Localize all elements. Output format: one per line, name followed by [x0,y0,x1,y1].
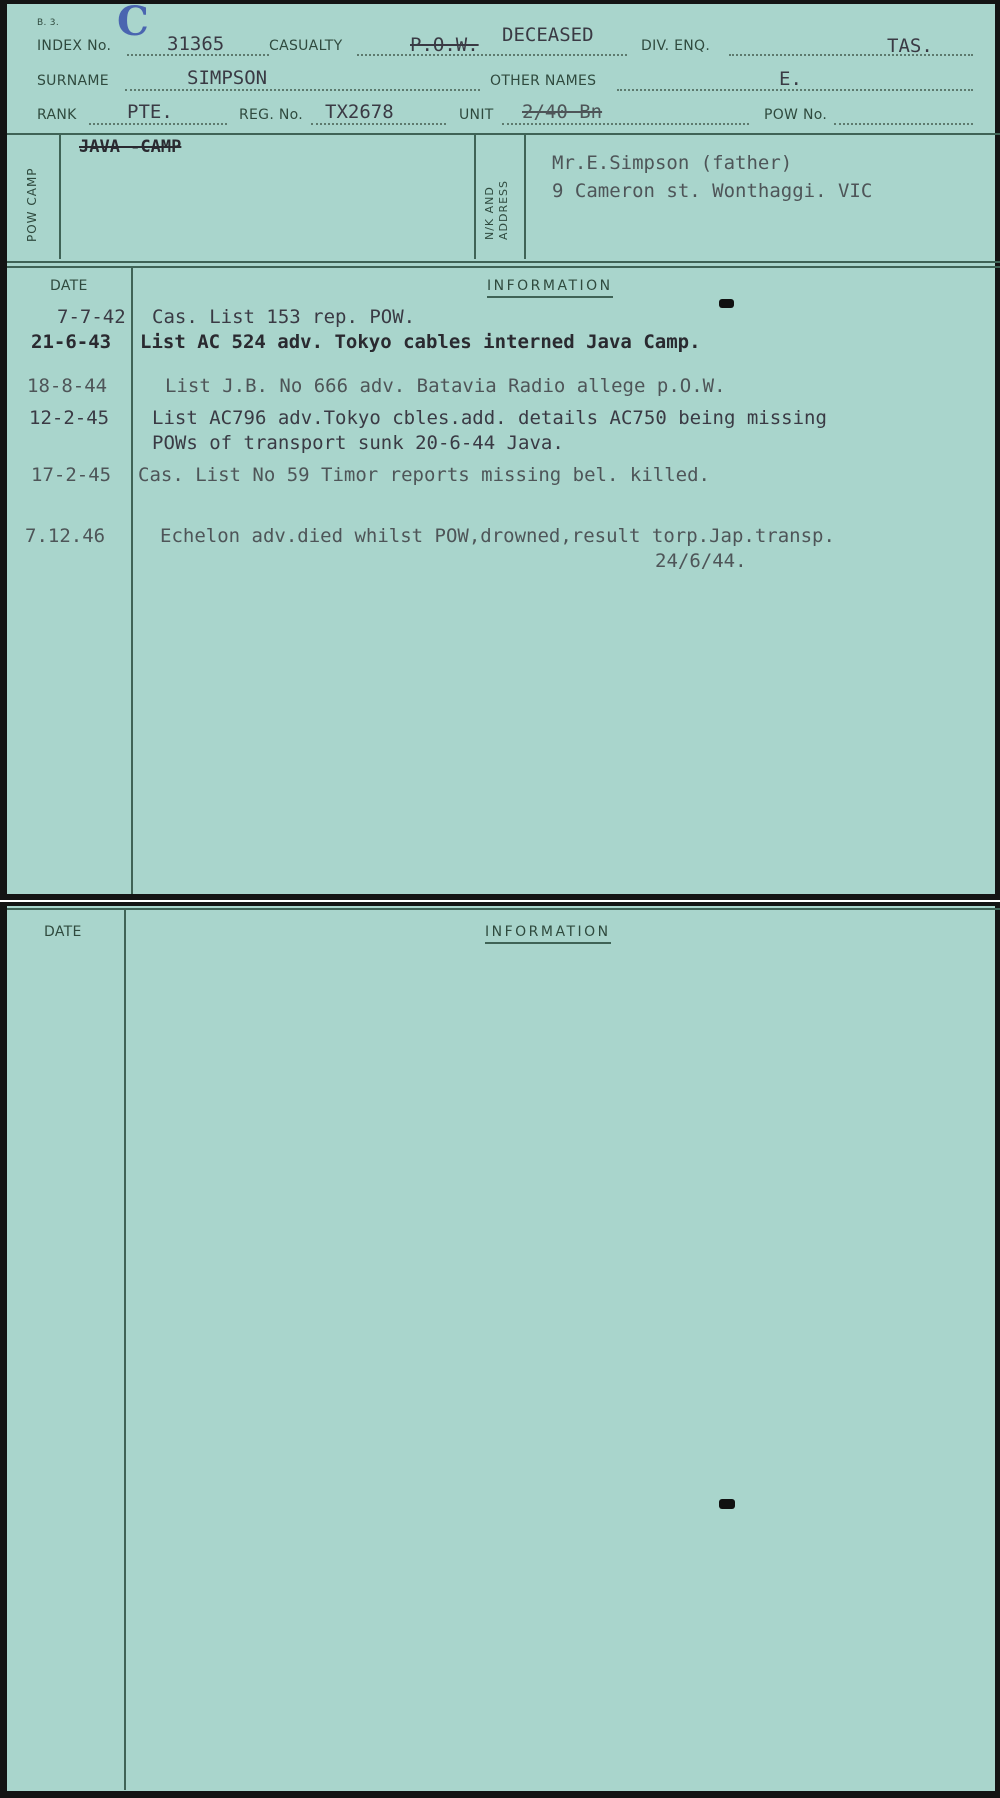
div-enq-line [729,54,973,56]
other-names-label: OTHER NAMES [490,73,596,89]
unit-value: 2/40 Bn [522,101,602,123]
date-column-divider [124,910,126,1790]
surname-label: SURNAME [37,73,109,89]
nok-divider-left [474,135,476,259]
entry-info-continued: 24/6/44. [655,550,747,572]
date-header: DATE [44,924,82,940]
index-card-front: B. 3. C INDEX No. 31365 CASUALTY P.O.W. … [0,0,1000,900]
stamp-letter: C [117,0,149,45]
entry-info: Cas. List 153 rep. POW. [152,306,415,328]
entry-info: Echelon adv.died whilst POW,drowned,resu… [160,525,835,547]
index-no-value: 31365 [167,33,224,55]
nok-label-line2: ADDRESS [497,180,511,240]
header-divider [7,133,1000,135]
unit-line [502,123,749,125]
nok-line-2: 9 Cameron st. Wonthaggi. VIC [552,180,872,202]
entry-info: List AC 524 adv. Tokyo cables interned J… [140,331,701,353]
index-no-label: INDEX No. [37,38,111,54]
reg-no-value: TX2678 [325,101,394,123]
rank-label: RANK [37,107,77,123]
entry-info: List J.B. No 666 adv. Batavia Radio alle… [165,375,726,397]
entry-date: 18-8-44 [27,375,107,397]
punch-hole [719,1499,735,1509]
table-divider-1 [7,261,1000,263]
nok-label: N/K AND ADDRESS [483,180,511,240]
pow-camp-label: POW CAMP [25,167,39,242]
unit-label: UNIT [459,107,494,123]
div-enq-value: TAS. [887,35,933,57]
nok-line-1: Mr.E.Simpson (father) [552,152,792,174]
top-border-line [7,908,1000,910]
rank-value: PTE. [127,101,173,123]
entry-date: 21-6-43 [31,331,111,353]
table-divider-2 [7,266,1000,268]
form-code: B. 3. [37,18,59,28]
date-header: DATE [50,278,88,294]
entry-date: 12-2-45 [29,407,109,429]
casualty-line [357,54,627,56]
information-header: INFORMATION [487,278,613,298]
div-enq-label: DIV. ENQ. [641,38,710,54]
surname-line [125,89,480,91]
reg-no-label: REG. No. [239,107,303,123]
entry-info: List AC796 adv.Tokyo cbles.add. details … [152,407,827,429]
entry-date: 17-2-45 [31,464,111,486]
nok-divider-right [524,135,526,259]
other-names-value: E. [779,68,802,90]
casualty-struck-value: P.O.W. [410,34,479,56]
index-card-back: DATE INFORMATION [0,902,1000,1798]
rank-line [89,123,227,125]
reg-no-line [311,123,446,125]
date-column-divider [131,268,133,894]
pow-camp-value: JAVA -CAMP [79,137,181,157]
nok-label-line1: N/K AND [483,180,497,240]
casualty-label: CASUALTY [269,38,342,54]
entry-date: 7.12.46 [25,525,105,547]
entry-info-continued: POWs of transport sunk 20-6-44 Java. [152,432,564,454]
pow-no-line [834,123,973,125]
information-header: INFORMATION [485,924,611,944]
entry-info: Cas. List No 59 Timor reports missing be… [138,464,710,486]
punch-hole [719,299,734,308]
entry-date: 7-7-42 [57,306,126,328]
surname-value: SIMPSON [187,67,267,89]
pow-no-label: POW No. [764,107,827,123]
casualty-value: DECEASED [502,24,594,46]
pow-camp-divider [59,135,61,259]
